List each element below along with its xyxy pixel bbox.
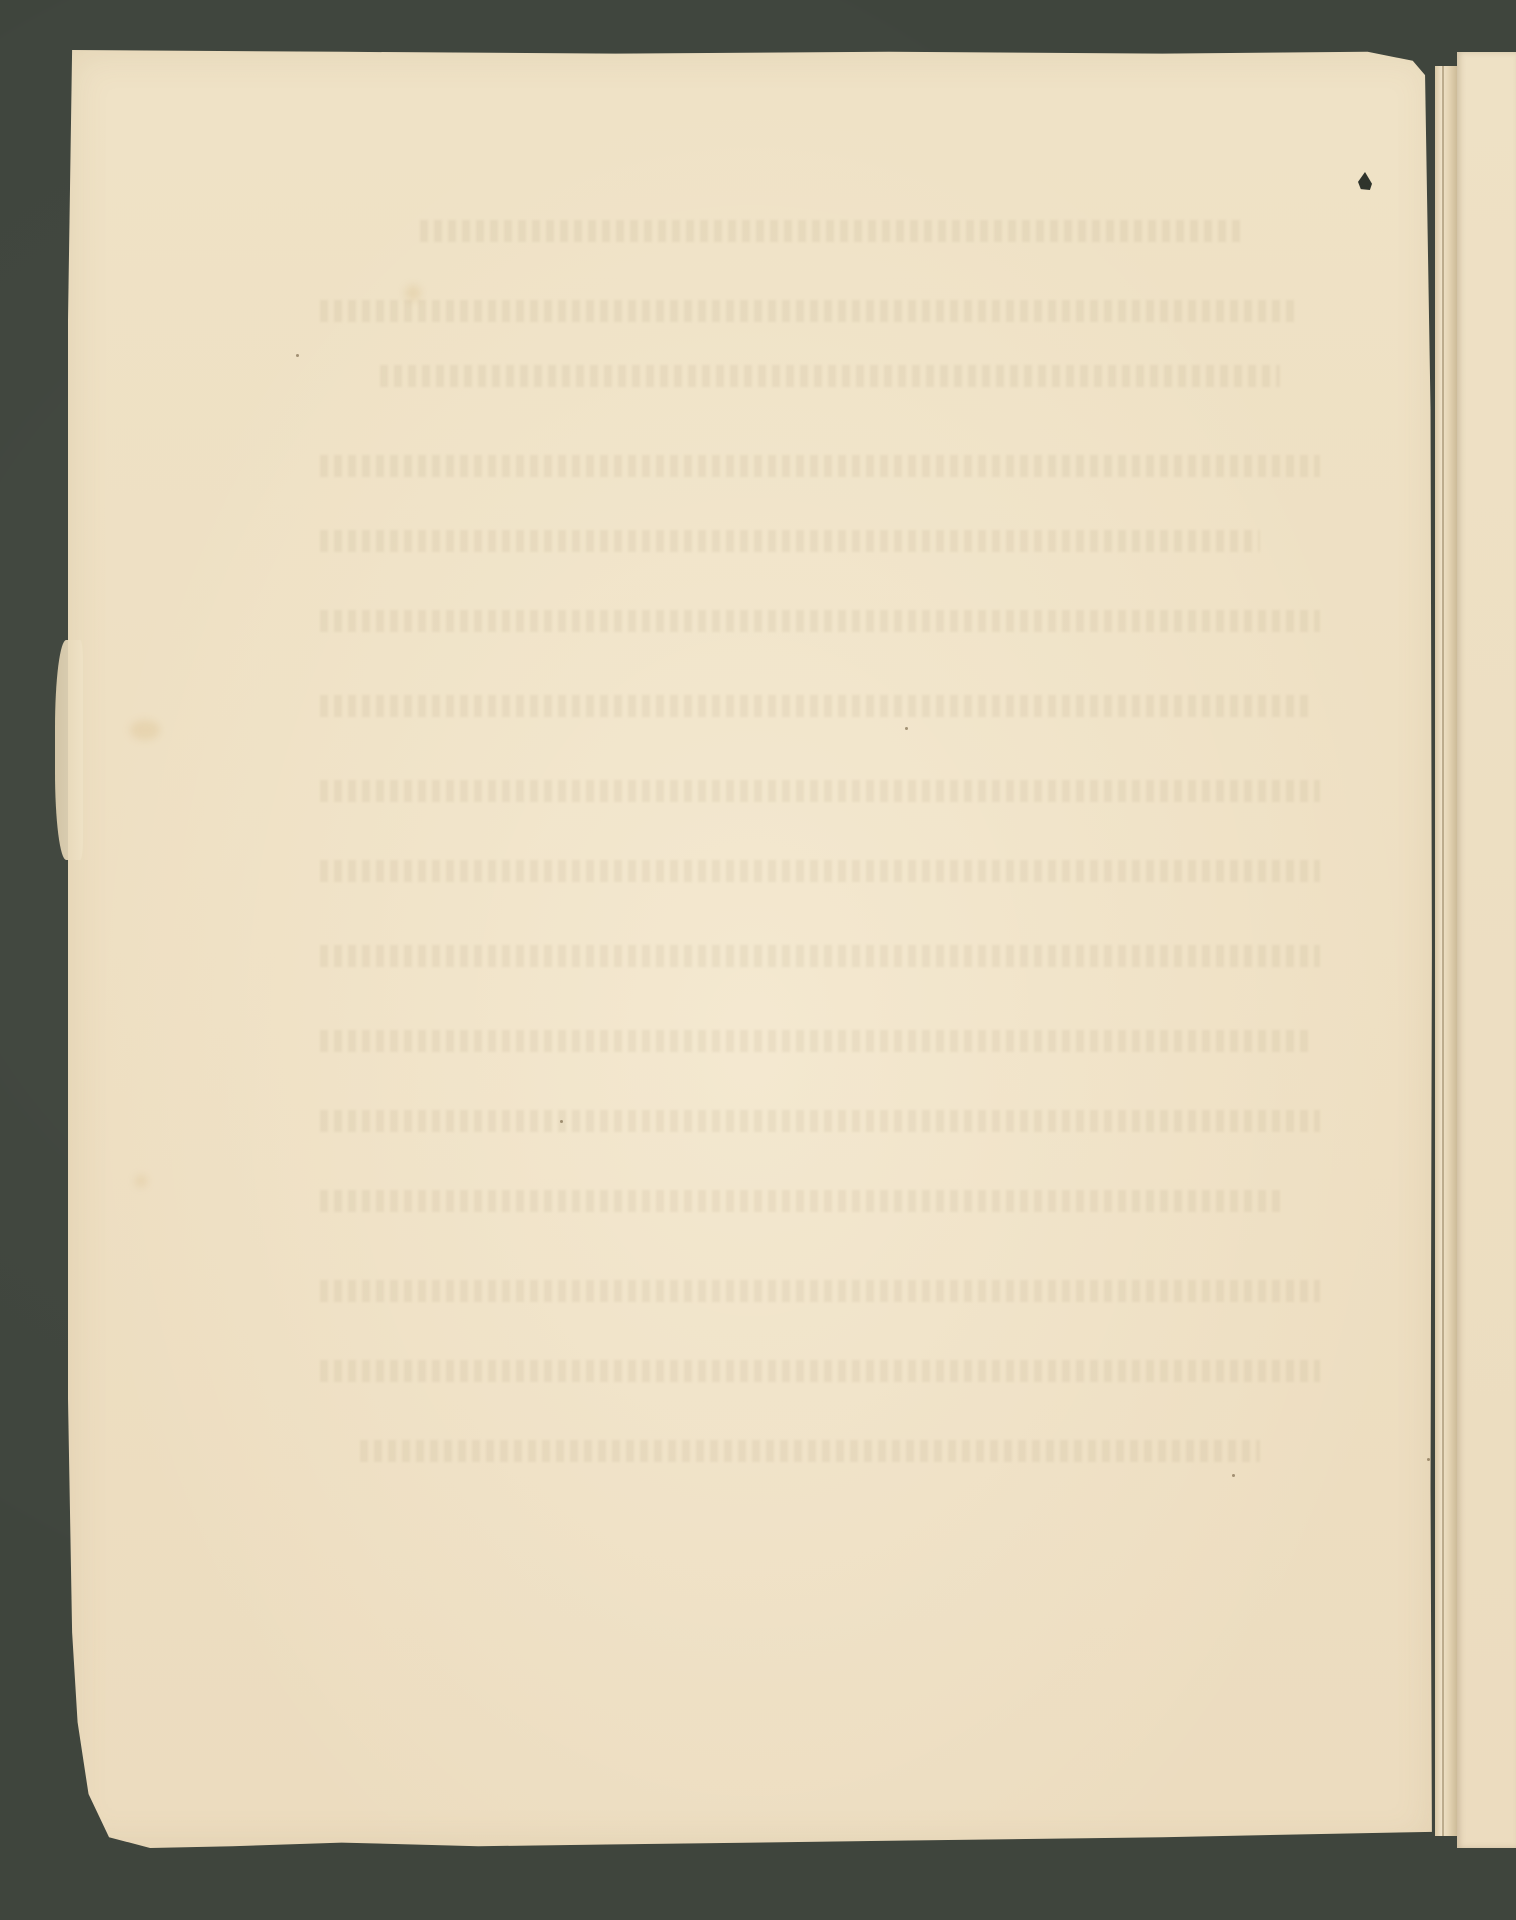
- show-through-text: [320, 200, 1330, 1600]
- ghost-text-line: [420, 220, 1240, 242]
- ghost-text-line: [320, 455, 1320, 477]
- fold-line: [1442, 66, 1444, 1836]
- foxing-stain: [135, 1175, 147, 1187]
- ghost-text-line: [320, 1190, 1280, 1212]
- page-gutter: [1435, 66, 1457, 1836]
- paper-speck: [296, 354, 299, 357]
- ghost-text-line: [320, 695, 1310, 717]
- foxing-stain: [405, 285, 421, 301]
- ghost-text-line: [380, 365, 1280, 387]
- ghost-text-line: [320, 1360, 1320, 1382]
- ghost-text-line: [360, 1440, 1260, 1462]
- ghost-text-line: [320, 1280, 1320, 1302]
- foxing-stain: [130, 720, 160, 740]
- ghost-text-line: [320, 780, 1320, 802]
- ghost-text-line: [320, 610, 1320, 632]
- ghost-text-line: [320, 860, 1320, 882]
- ghost-text-line: [320, 530, 1260, 552]
- ghost-text-line: [320, 300, 1300, 322]
- paper-speck: [1232, 1474, 1235, 1477]
- ghost-text-line: [320, 1110, 1320, 1132]
- paper-speck: [905, 727, 908, 730]
- torn-left-edge: [55, 640, 83, 860]
- ghost-text-line: [320, 1030, 1310, 1052]
- paper-speck: [1427, 1458, 1430, 1461]
- ghost-text-line: [320, 945, 1320, 967]
- paper-speck: [560, 1120, 563, 1123]
- adjacent-leaf: [1457, 52, 1516, 1848]
